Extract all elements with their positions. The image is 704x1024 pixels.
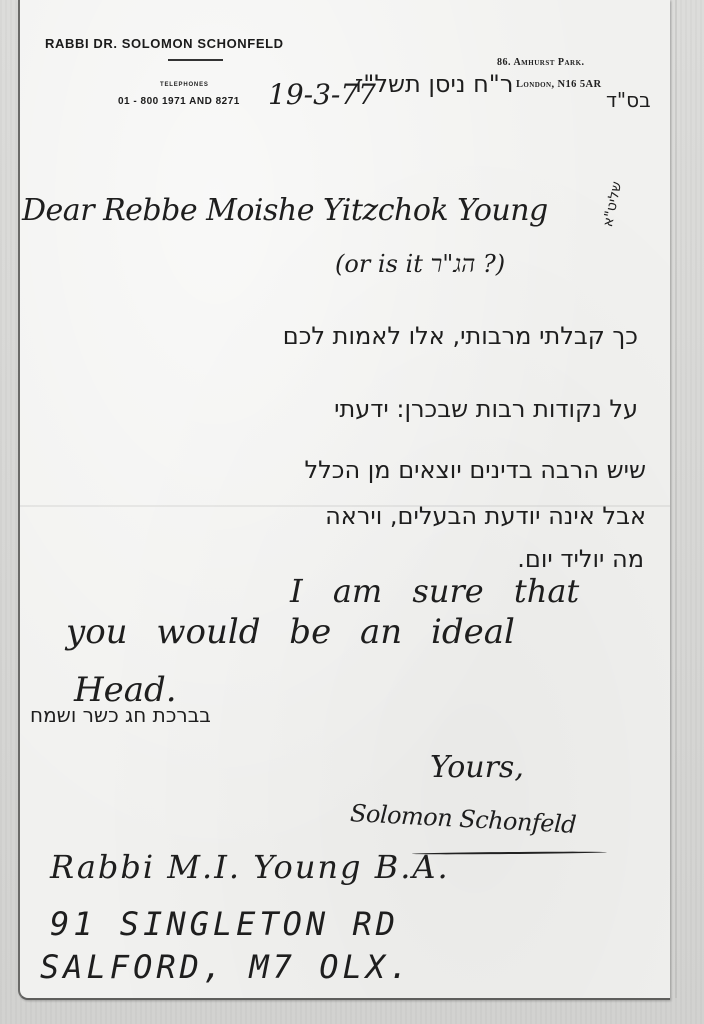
recipient-name: Rabbi M.I. Young B.A. [50,848,450,886]
letterhead-telephones-label: TELEPHONES [160,82,209,88]
letterhead-address-line2: London, N16 5AR [516,79,601,90]
closing: Yours, [430,750,524,785]
letterhead-rule [168,59,223,61]
salutation-aside: (or is it הג"ר ?) [335,250,505,279]
hebrew-line-5: מה יוליד יום. [517,545,644,573]
letterhead-telephones: 01 - 800 1971 AND 8271 [118,96,240,107]
letterhead-name: RABBI DR. SOLOMON SCHONFELD [45,36,284,51]
letterhead-address-line1: 86. Amhurst Park. [497,57,585,68]
fold-crease-vertical [675,0,677,998]
hebrew-line-4: אבל אינה יודעת הבעלים, ויראה [325,502,646,530]
invocation-mark: בס"ד [606,88,651,112]
salutation: Dear Rebbe Moishe Yitzchok Young [22,193,548,228]
english-line-2: you would be an ideal [66,612,515,652]
holiday-blessing: בברכת חג כשר ושמח [30,703,211,727]
hebrew-line-1: כך קבלתי מרבותי, אלו לאמות לכם [283,322,638,350]
recipient-street: 91 SINGLETON RD [50,905,399,943]
hebrew-date: ר"ח ניסן תשל"ז [355,70,513,98]
hebrew-line-3: שיש הרבה בדינים יוצאים מן הכלל [304,456,646,484]
recipient-city: SALFORD, M7 OLX. [40,948,412,986]
hebrew-line-2: על נקודות רבות שבכרן: ידעתי [334,395,638,423]
english-line-1: I am sure that [290,572,579,610]
